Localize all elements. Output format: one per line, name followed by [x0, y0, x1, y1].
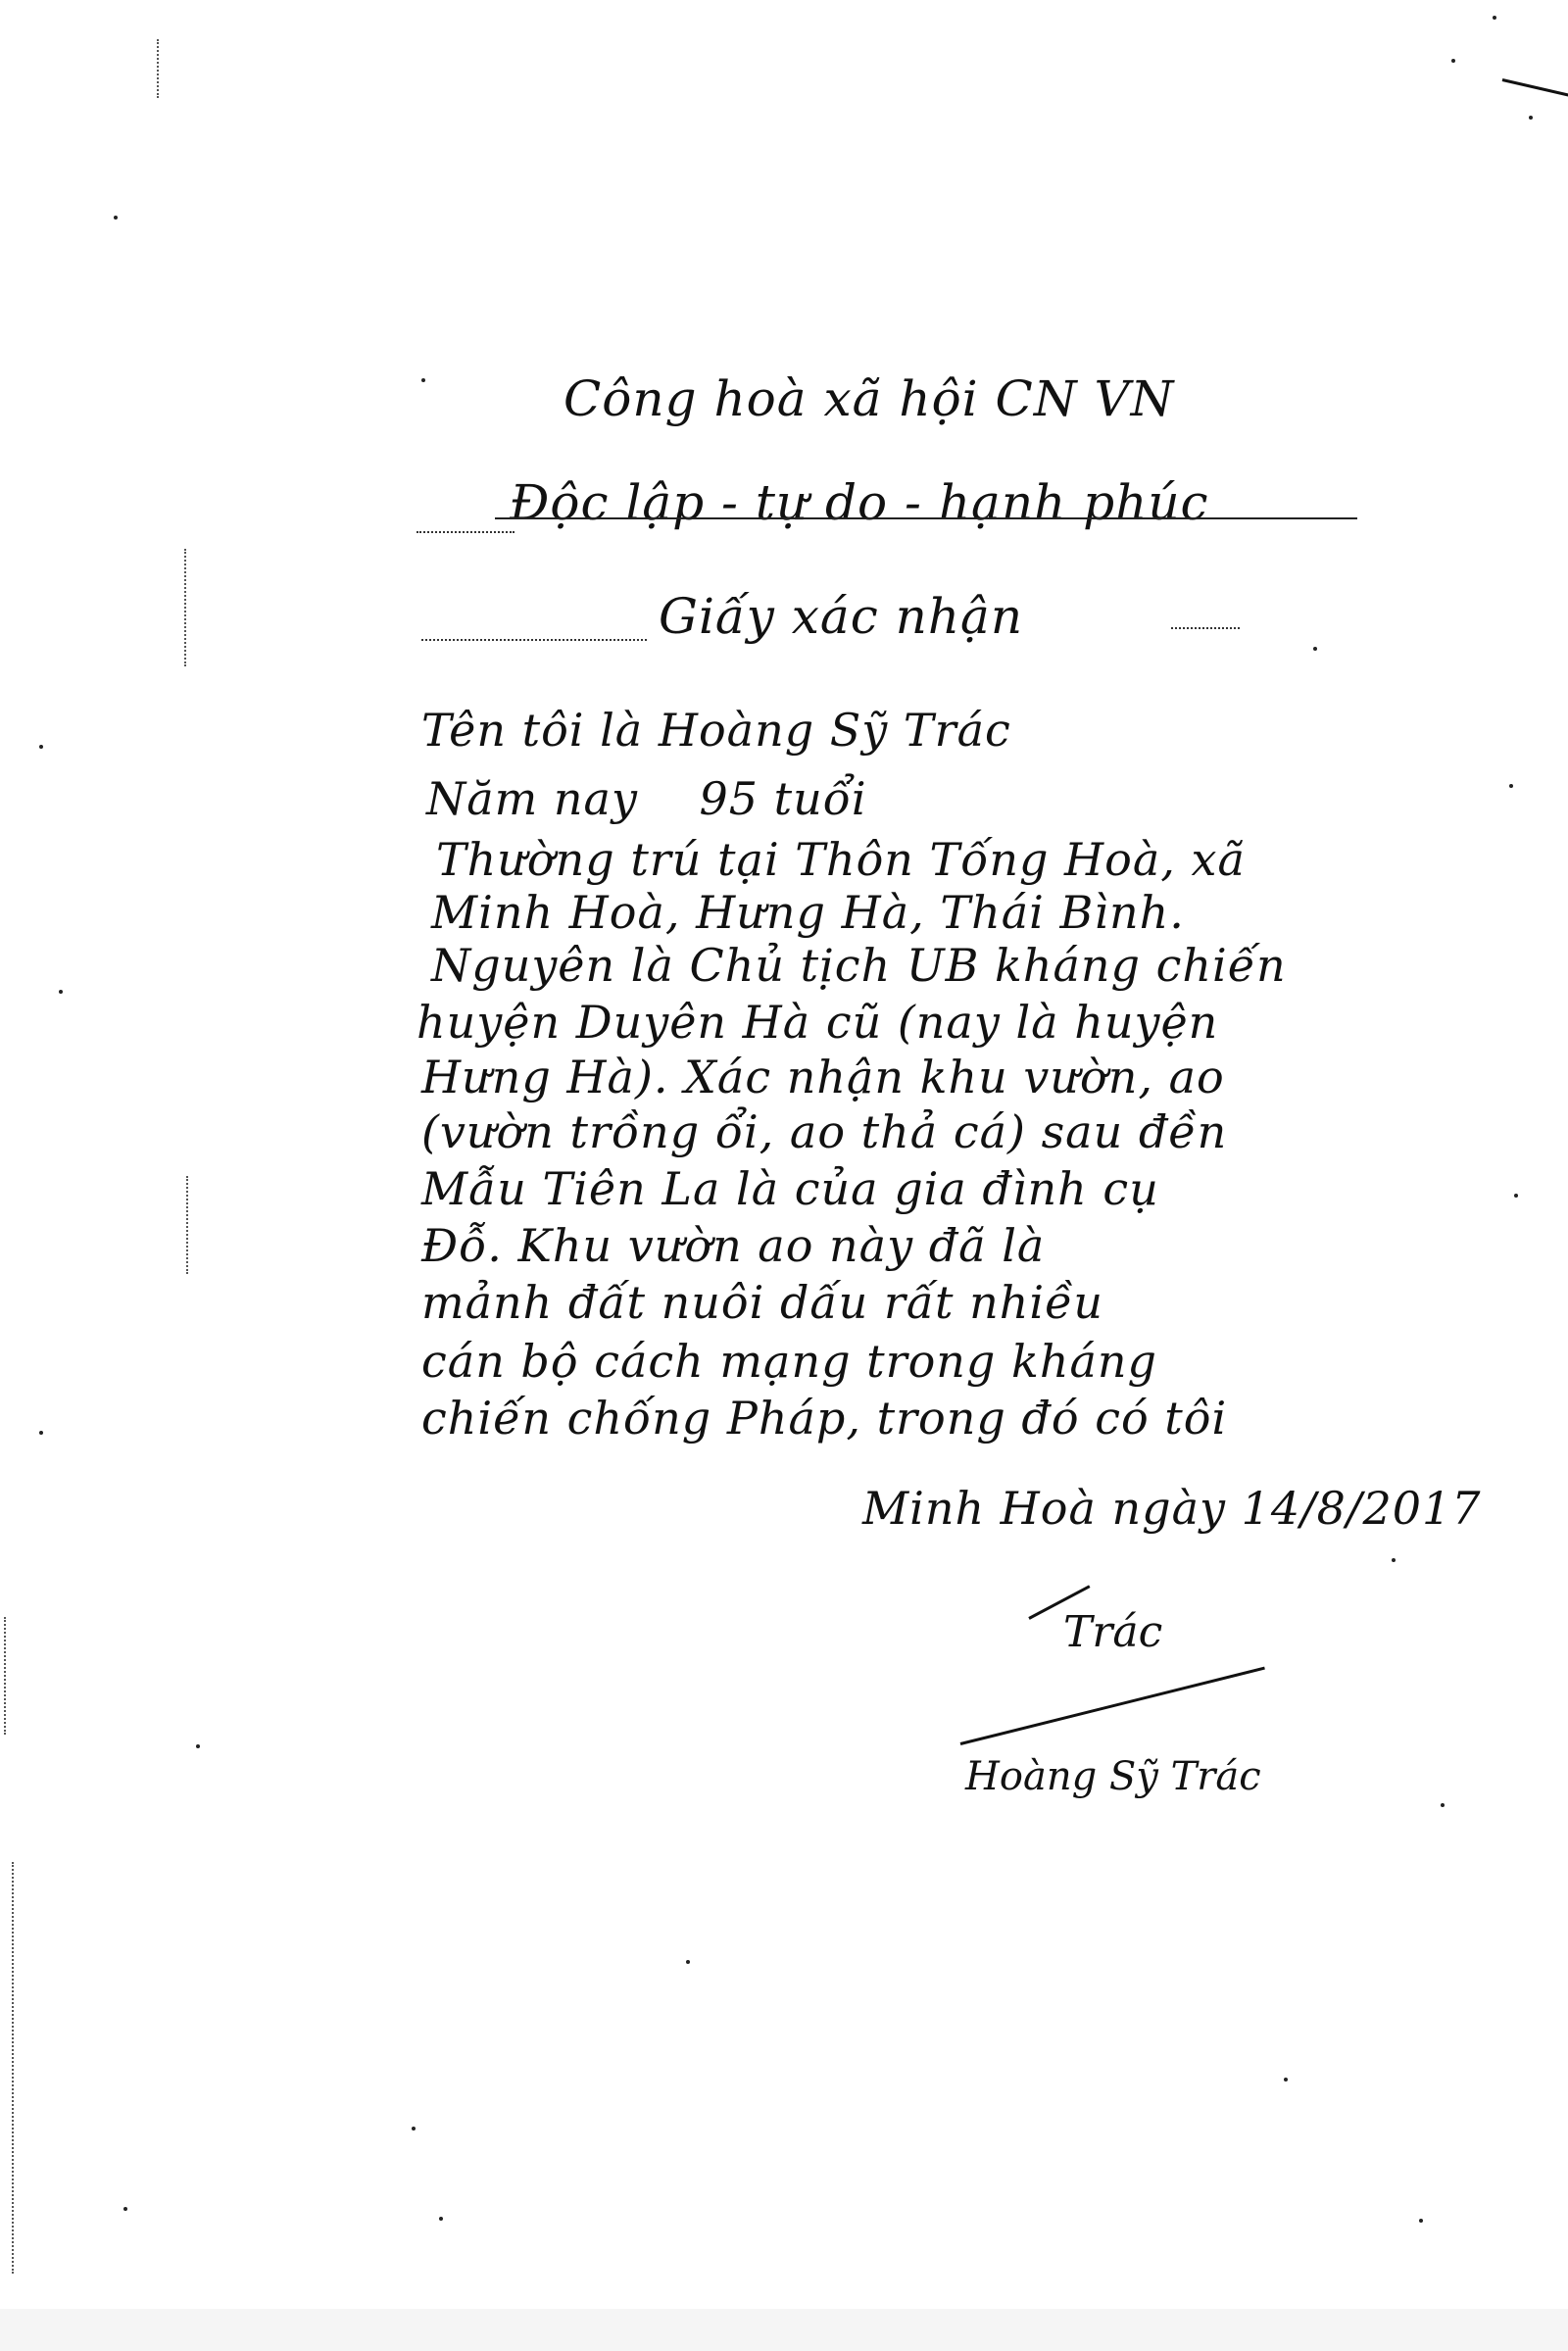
scan-noise	[439, 2217, 443, 2221]
scan-noise	[196, 1744, 200, 1748]
scan-noise	[1284, 2078, 1288, 2082]
scan-noise	[59, 990, 63, 994]
body-line: Nguyên là Chủ tịch UB kháng chiến	[431, 939, 1287, 992]
scan-noise	[157, 39, 161, 98]
body-line: Thường trú tại Thôn Tống Hoà, xã	[436, 833, 1246, 886]
scan-noise	[686, 1960, 690, 1964]
scan-noise	[123, 2207, 127, 2211]
header-dotted-rule	[416, 531, 514, 533]
scan-noise	[39, 1431, 43, 1435]
body-line: Mẫu Tiên La là của gia đình cụ	[421, 1162, 1159, 1215]
scan-noise	[1493, 16, 1496, 20]
scan-noise	[4, 1617, 8, 1735]
scan-noise	[184, 549, 188, 666]
scan-noise	[1529, 116, 1533, 120]
scan-noise	[412, 2127, 416, 2131]
scan-noise	[186, 1176, 190, 1274]
signature-mark: Trác	[1063, 1607, 1162, 1657]
scan-noise	[1313, 647, 1317, 651]
scan-noise	[1441, 1803, 1445, 1807]
body-line: cán bộ cách mạng trong kháng	[421, 1335, 1157, 1388]
place-date: Minh Hoà ngày 14/8/2017	[862, 1482, 1482, 1535]
scan-noise	[421, 378, 425, 382]
header-underline	[495, 517, 1357, 519]
scan-noise	[1392, 1558, 1396, 1562]
scan-noise	[1451, 59, 1455, 63]
body-line: mảnh đất nuôi dấu rất nhiều	[421, 1276, 1103, 1329]
scan-noise	[1419, 2219, 1423, 2223]
signature-line	[960, 1667, 1265, 1745]
body-line: chiến chống Pháp, trong đó có tôi	[421, 1392, 1227, 1445]
body-line: Tên tôi là Hoàng Sỹ Trác	[421, 704, 1011, 757]
body-line: Năm nay 95 tuổi	[426, 772, 867, 825]
scan-noise	[1509, 784, 1513, 788]
scan-noise	[39, 745, 43, 749]
scan-noise	[12, 1862, 16, 2274]
header-line-2: Độc lập - tự do - hạnh phúc	[510, 474, 1209, 531]
scan-noise	[114, 216, 118, 220]
document-title: Giấy xác nhận	[659, 588, 1023, 645]
scanned-page: Công hoà xã hội CN VN Độc lập - tự do - …	[0, 0, 1568, 2309]
header-line-1: Công hoà xã hội CN VN	[563, 370, 1174, 427]
body-line: Minh Hoà, Hưng Hà, Thái Bình.	[431, 886, 1185, 939]
scan-stroke	[1502, 78, 1568, 97]
body-line: Hưng Hà). Xác nhận khu vườn, ao	[421, 1051, 1225, 1103]
title-dotted-lead	[421, 639, 647, 641]
body-line: (vườn trồng ổi, ao thả cá) sau đền	[421, 1105, 1227, 1158]
body-line: huyện Duyên Hà cũ (nay là huyện	[416, 996, 1218, 1049]
title-dotted-tail	[1171, 627, 1240, 629]
body-line: Đỗ. Khu vườn ao này đã là	[421, 1219, 1045, 1272]
scan-noise	[1514, 1194, 1518, 1198]
signature-printed-name: Hoàng Sỹ Trác	[965, 1754, 1261, 1799]
